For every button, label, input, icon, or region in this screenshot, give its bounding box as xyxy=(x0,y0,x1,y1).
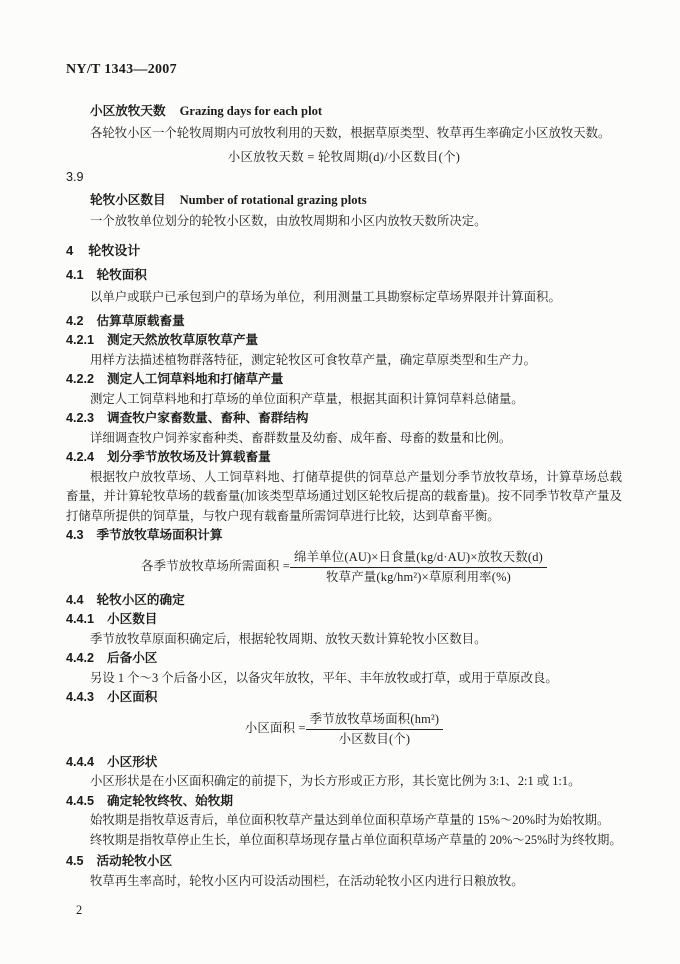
section-number: 4.4.1 xyxy=(66,612,94,626)
page-number: 2 xyxy=(76,901,82,921)
section-title: 后备小区 xyxy=(107,651,157,665)
section-number: 4.4.5 xyxy=(66,794,94,808)
section-4-2-2-body: 测定人工饲草料地和打草场的单位面积产草量，根据其面积计算饲草料总储量。 xyxy=(66,390,622,410)
section-number: 4.3 xyxy=(66,528,84,542)
section-title: 小区数目 xyxy=(107,612,157,626)
section-4-4-5-body-2: 终牧期是指牧草停止生长，单位面积草场现存量占单位面积草场产草量的 20%～25%… xyxy=(66,831,622,851)
section-title: 轮牧面积 xyxy=(97,268,147,282)
section-4-4-4-body: 小区形状是在小区面积确定的前提下，为长方形或正方形，其长宽比例为 3:1、2:1… xyxy=(66,772,622,792)
formula-denominator: 牧草产量(kg/hm²)×草原利用率(%) xyxy=(290,568,547,586)
term-en-label: Grazing days for each plot xyxy=(180,104,323,118)
section-title: 调查牧户家畜数量、畜种、畜群结构 xyxy=(107,411,309,425)
section-number: 4.1 xyxy=(66,268,84,282)
term-grazing-days-definition: 各轮牧小区一个轮牧周期内可放牧利用的天数，根据草原类型、牧草再生率确定小区放牧天… xyxy=(66,124,622,144)
section-4-2-3-heading: 4.2.3调查牧户家畜数量、畜种、畜群结构 xyxy=(66,409,622,429)
term-plot-number-definition: 一个放牧单位划分的轮牧小区数，由放牧周期和小区内放牧天数所决定。 xyxy=(66,212,622,232)
chapter-4-heading: 4轮牧设计 xyxy=(66,241,622,261)
section-4-4-2-heading: 4.4.2后备小区 xyxy=(66,649,622,669)
section-4-2-1-body: 用样方法描述植物群落特征，测定轮牧区可食牧草产量，确定草原类型和生产力。 xyxy=(66,351,622,371)
section-4-2-3-body: 详细调查牧户饲养家畜种类、畜群数量及幼畜、成年畜、母畜的数量和比例。 xyxy=(66,429,622,449)
document-page: NY/T 1343—2007 小区放牧天数Grazing days for ea… xyxy=(0,0,680,964)
section-4-2-4-heading: 4.2.4划分季节放牧场及计算载畜量 xyxy=(66,448,622,468)
section-number: 4.4.4 xyxy=(66,755,94,769)
section-number: 4.4.2 xyxy=(66,651,94,665)
section-4-2-heading: 4.2估算草原载畜量 xyxy=(66,312,622,332)
section-4-4-1-body: 季节放牧草原面积确定后，根据轮牧周期、放牧天数计算轮牧小区数目。 xyxy=(66,630,622,650)
section-4-4-4-heading: 4.4.4小区形状 xyxy=(66,753,622,773)
term-cn-label: 小区放牧天数 xyxy=(90,104,166,118)
section-title: 估算草原载畜量 xyxy=(97,314,185,328)
section-number: 4.2 xyxy=(66,314,84,328)
section-4-3-heading: 4.3季节放牧草场面积计算 xyxy=(66,526,622,546)
section-4-5-heading: 4.5活动轮牧小区 xyxy=(66,852,622,872)
section-title: 确定轮牧终牧、始牧期 xyxy=(107,794,233,808)
term-3-9-number: 3.9 xyxy=(66,168,622,188)
section-4-1-heading: 4.1轮牧面积 xyxy=(66,266,622,286)
seasonal-pasture-area-formula: 各季节放牧草场所需面积 = 绵羊单位(AU)×日食量(kg/d·AU)×放牧天数… xyxy=(66,549,622,586)
section-number: 4.2.2 xyxy=(66,372,94,386)
formula-numerator: 绵羊单位(AU)×日食量(kg/d·AU)×放牧天数(d) xyxy=(290,549,547,568)
formula-fraction: 季节放牧草场面积(hm²)小区数目(个) xyxy=(306,711,444,748)
formula-lhs: 各季节放牧草场所需面积 = xyxy=(141,557,290,577)
section-number: 4.4 xyxy=(66,593,84,607)
section-number: 4.2.1 xyxy=(66,333,94,347)
term-cn-label: 轮牧小区数目 xyxy=(90,193,166,207)
formula-denominator: 小区数目(个) xyxy=(306,730,444,748)
section-title: 活动轮牧小区 xyxy=(97,854,173,868)
section-4-4-5-heading: 4.4.5确定轮牧终牧、始牧期 xyxy=(66,792,622,812)
term-en-label: Number of rotational grazing plots xyxy=(180,193,367,207)
section-number: 4.2.3 xyxy=(66,411,94,425)
section-number: 4.5 xyxy=(66,854,84,868)
formula-numerator: 季节放牧草场面积(hm²) xyxy=(306,711,444,730)
chapter-title: 轮牧设计 xyxy=(88,243,140,258)
section-number: 4.2.4 xyxy=(66,450,94,464)
section-4-5-body: 牧草再生率高时，轮牧小区内可设活动围栏，在活动轮牧小区内进行日粮放牧。 xyxy=(66,872,622,892)
section-4-4-2-body: 另设 1 个～3 个后备小区，以备灾年放牧，平年、丰年放牧或打草，或用于草原改良… xyxy=(66,669,622,689)
section-title: 轮牧小区的确定 xyxy=(97,593,185,607)
section-title: 小区形状 xyxy=(107,755,157,769)
section-number: 4.4.3 xyxy=(66,690,94,704)
section-4-4-3-heading: 4.4.3小区面积 xyxy=(66,688,622,708)
grazing-days-formula: 小区放牧天数 = 轮牧周期(d)/小区数目(个) xyxy=(66,148,622,168)
section-4-4-heading: 4.4轮牧小区的确定 xyxy=(66,591,622,611)
section-title: 测定天然放牧草原牧草产量 xyxy=(107,333,258,347)
section-4-4-1-heading: 4.4.1小区数目 xyxy=(66,610,622,630)
section-title: 小区面积 xyxy=(107,690,157,704)
section-4-1-body: 以单户或联户已承包到户的草场为单位，利用测量工具勘察标定草场界限并计算面积。 xyxy=(66,288,622,308)
section-title: 季节放牧草场面积计算 xyxy=(97,528,223,542)
standard-code-header: NY/T 1343—2007 xyxy=(66,62,622,78)
chapter-number: 4 xyxy=(66,243,73,258)
section-4-2-4-body: 根据牧户放牧草场、人工饲草料地、打储草提供的饲草总产量划分季节放牧草场，计算草场… xyxy=(66,468,622,527)
section-4-4-5-body-1: 始牧期是指牧草返青后，单位面积牧草产量达到单位面积草场产草量的 15%～20%时… xyxy=(66,811,622,831)
section-title: 划分季节放牧场及计算载畜量 xyxy=(107,450,271,464)
formula-fraction: 绵羊单位(AU)×日食量(kg/d·AU)×放牧天数(d)牧草产量(kg/hm²… xyxy=(290,549,547,586)
formula-lhs: 小区面积 = xyxy=(245,719,306,739)
plot-area-formula: 小区面积 = 季节放牧草场面积(hm²)小区数目(个) xyxy=(66,711,622,748)
section-4-2-1-heading: 4.2.1测定天然放牧草原牧草产量 xyxy=(66,331,622,351)
section-title: 测定人工饲草料地和打储草产量 xyxy=(107,372,283,386)
section-4-2-2-heading: 4.2.2测定人工饲草料地和打储草产量 xyxy=(66,370,622,390)
term-grazing-days-heading: 小区放牧天数Grazing days for each plot xyxy=(66,102,622,122)
term-plot-number-heading: 轮牧小区数目Number of rotational grazing plots xyxy=(66,191,622,211)
